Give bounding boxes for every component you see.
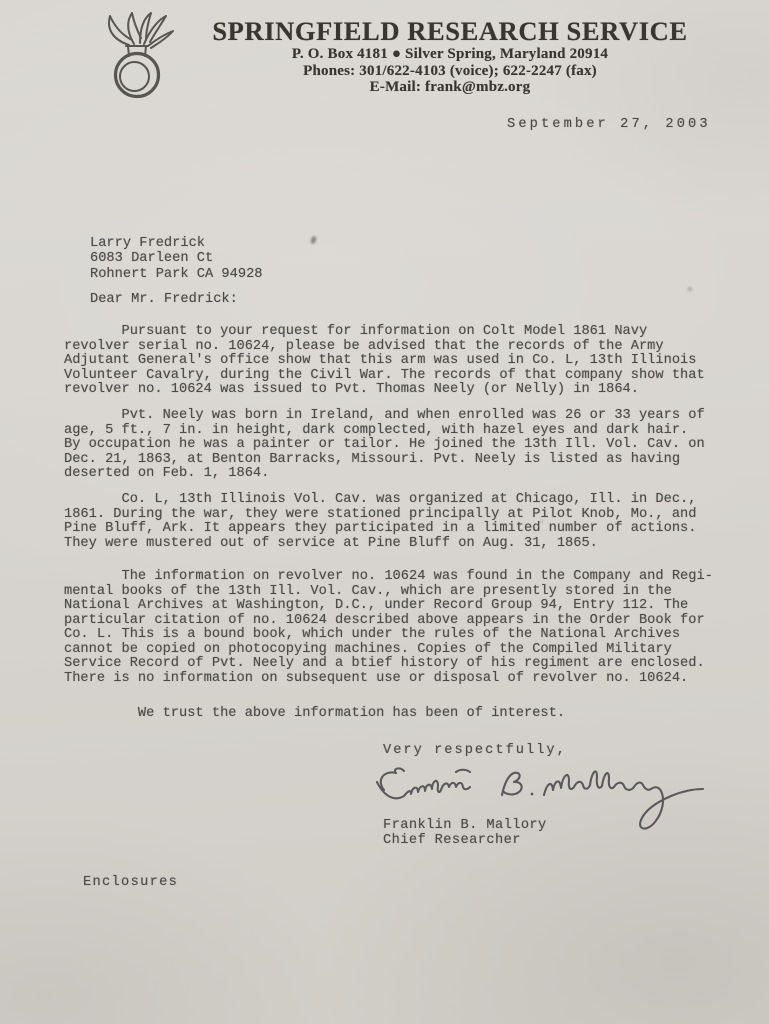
closing-line: We trust the above information has been … xyxy=(64,707,565,722)
scanned-letter-page: SPRINGFIELD RESEARCH SERVICE P. O. Box 4… xyxy=(0,0,769,1024)
signer-typed-title: Chief Researcher xyxy=(383,834,521,849)
body-paragraph-4: The information on revolver no. 10624 wa… xyxy=(64,570,713,686)
body-paragraph-3: Co. L, 13th Illinois Vol. Cav. was organ… xyxy=(64,493,696,551)
signer-typed-name: Franklin B. Mallory xyxy=(383,819,547,834)
recipient-address: Larry Fredrick 6083 Darleen Ct Rohnert P… xyxy=(90,236,263,282)
letterhead-email: E-Mail: frank@mbz.org xyxy=(140,79,760,96)
letterhead-phones: Phones: 301/622-4103 (voice); 622-2247 (… xyxy=(140,63,760,80)
org-name: SPRINGFIELD RESEARCH SERVICE xyxy=(140,16,760,46)
letterhead-address: P. O. Box 4181 ● Silver Spring, Maryland… xyxy=(140,46,760,63)
paper-speck xyxy=(688,287,692,291)
letterhead: SPRINGFIELD RESEARCH SERVICE P. O. Box 4… xyxy=(140,16,760,96)
paper-speck xyxy=(540,520,543,523)
salutation: Dear Mr. Fredrick: xyxy=(90,293,238,308)
body-paragraph-2: Pvt. Neely was born in Ireland, and when… xyxy=(64,409,705,482)
date-line: September 27, 2003 xyxy=(507,118,711,133)
valediction: Very respectfully, xyxy=(383,744,567,759)
paper-speck xyxy=(310,235,317,244)
body-paragraph-1: Pursuant to your request for information… xyxy=(64,325,705,398)
enclosures-note: Enclosures xyxy=(83,876,178,891)
